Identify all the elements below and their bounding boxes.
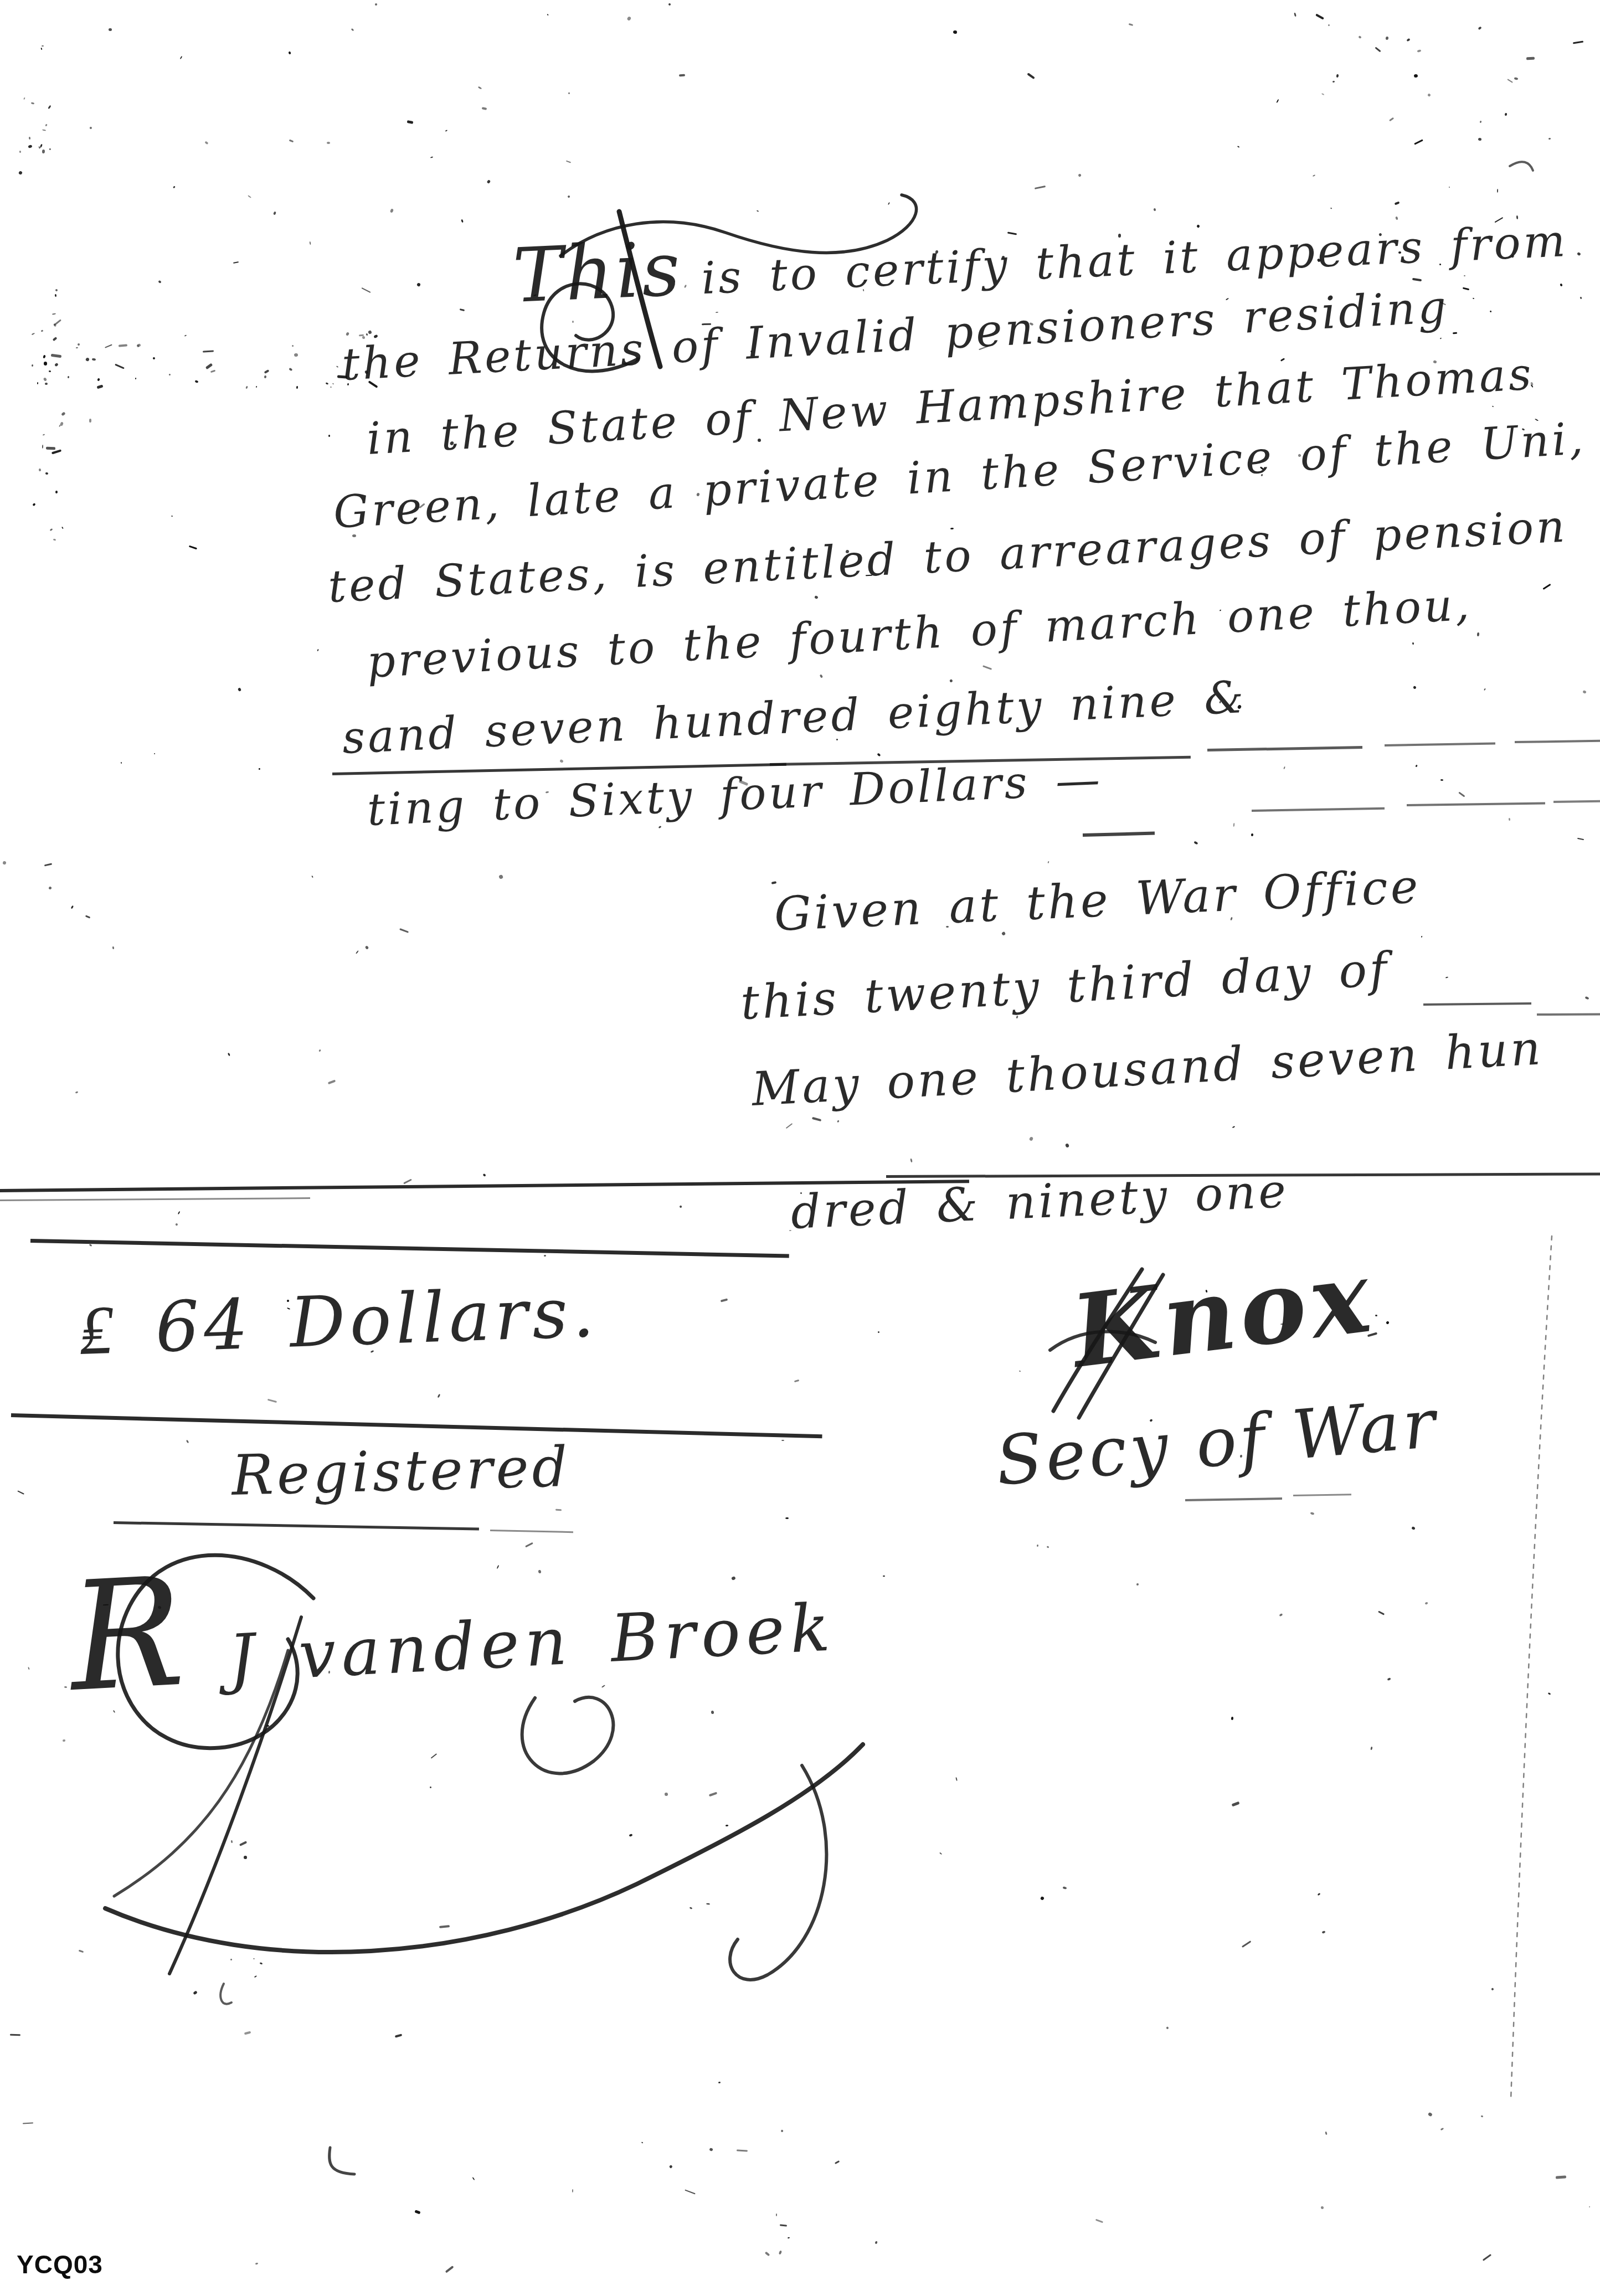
noise-speck [244,1856,247,1859]
noise-speck [1459,792,1465,797]
noise-speck [328,1080,336,1084]
noise-speck [641,2141,644,2144]
noise-speck [49,148,51,150]
noise-speck [1421,936,1422,938]
noise-speck [788,2237,790,2239]
noise-speck [1556,2175,1566,2179]
noise-speck [706,1903,710,1904]
noise-speck [568,92,570,95]
noise-speck [1547,1692,1551,1695]
noise-speck [317,649,320,652]
noise-speck [109,28,112,31]
noise-speck [77,343,80,347]
noise-speck [238,687,242,692]
noise-speck [1411,1526,1416,1530]
noise-speck [1478,26,1481,29]
noise-speck [1481,2115,1483,2117]
noise-speck [55,289,57,291]
ink-line [1553,800,1600,803]
noise-speck [1310,1512,1314,1515]
knox-title: Secy of War [993,1384,1442,1501]
noise-speck [572,321,574,323]
noise-speck [45,472,49,475]
noise-speck [46,446,55,450]
noise-speck [950,528,954,530]
noise-speck [264,369,270,374]
noise-speck [390,208,394,213]
noise-speck [438,1394,441,1398]
noise-speck [186,1440,189,1444]
noise-speck [42,129,46,131]
noise-speck [758,439,761,442]
archive-code-label: YCQ03 [17,2249,103,2279]
noise-speck [31,332,34,335]
noise-speck [296,386,298,389]
noise-speck [771,881,777,884]
noise-speck [568,195,571,198]
noise-speck [1318,1893,1321,1896]
noise-speck [498,874,503,879]
noise-speck [254,1975,258,1978]
noise-speck [862,289,864,291]
noise-speck [1573,41,1583,44]
noise-speck [1321,2206,1324,2209]
noise-speck [158,280,162,283]
noise-speck [1095,2219,1103,2223]
noise-speck [726,1825,729,1827]
registrar-underline-swoosh [105,1744,863,1952]
noise-speck [184,335,187,337]
noise-speck [289,368,293,371]
noise-speck [1280,358,1285,362]
noise-speck [43,377,47,382]
noise-speck [1040,1896,1045,1901]
noise-speck [51,353,62,357]
registrar-mid-loop [522,1697,614,1773]
noise-speck [256,385,258,388]
noise-speck [627,16,631,21]
noise-speck [119,344,128,347]
noise-speck [90,126,92,129]
noise-speck [64,1686,67,1688]
noise-speck [955,1777,958,1781]
ink-line [1407,802,1545,806]
noise-speck [1412,642,1414,645]
noise-speck [75,1091,78,1093]
noise-speck [310,241,311,245]
noise-speck [18,171,23,175]
noise-speck [1580,296,1582,298]
noise-speck [794,1379,800,1382]
noise-speck [939,1852,943,1855]
ink-line [1207,746,1362,751]
noise-speck [328,435,330,437]
noise-speck [1483,2254,1491,2261]
noise-speck [785,1517,789,1519]
noise-speck [1398,251,1401,254]
noise-speck [258,768,260,770]
noise-speck [430,156,434,158]
noise-speck [51,449,61,454]
noise-speck [1078,174,1082,177]
noise-speck [54,363,59,367]
noise-speck [1037,1545,1039,1547]
noise-speck [54,294,56,297]
noise-speck [1445,976,1448,978]
noise-speck [1065,1143,1069,1148]
registrar-end-tail [730,1765,826,1980]
noise-speck [97,378,100,382]
noise-speck [481,107,486,110]
noise-speck [37,382,38,384]
noise-speck [737,2150,748,2152]
noise-speck [395,2034,403,2037]
noise-speck [1542,584,1551,590]
noise-speck [17,1490,24,1495]
noise-speck [690,1907,693,1909]
noise-speck [1589,2206,1591,2207]
noise-speck [195,380,198,383]
noise-speck [1277,99,1279,103]
noise-speck [326,383,328,385]
noise-speck [210,370,215,373]
noise-speck [63,1739,65,1742]
noise-speck [1232,1126,1236,1129]
noise-speck [1491,1988,1494,1990]
noise-speck [1336,74,1339,78]
noise-speck [1560,283,1563,286]
noise-speck [1283,766,1285,770]
noise-speck [1233,823,1235,827]
ink-line [1385,743,1495,747]
noise-speck [1016,1016,1018,1019]
noise-speck [205,363,213,369]
noise-speck [486,179,490,183]
noise-speck [629,1834,633,1837]
noise-speck [445,2266,453,2273]
noise-speck [55,491,58,493]
noise-speck [835,2160,840,2164]
noise-speck [1526,57,1534,60]
noise-speck [416,282,420,286]
noise-speck [1414,139,1423,145]
noise-speck [1489,310,1492,313]
noise-speck [1548,137,1551,139]
noise-speck [39,469,42,472]
noise-speck [665,1793,668,1796]
noise-speck [228,1053,231,1057]
noise-speck [1508,79,1513,84]
noise-speck [820,674,823,678]
noise-speck [346,332,349,336]
noise-speck [115,363,124,369]
noise-speck [53,337,58,341]
noise-speck [1386,37,1389,40]
noise-speck [1279,1613,1283,1617]
noise-speck [559,759,564,763]
noise-speck [1378,1610,1385,1615]
noise-speck [48,886,52,890]
noise-speck [780,2225,787,2227]
noise-speck [472,2177,475,2180]
noise-speck [1035,186,1046,189]
noise-speck [1389,117,1394,121]
noise-speck [477,86,481,89]
noise-speck [253,1958,255,1959]
noise-speck [189,545,197,549]
noise-speck [888,202,890,205]
noise-speck [1359,35,1362,39]
noise-speck [1476,632,1479,636]
noise-speck [779,2250,782,2254]
noise-speck [780,2129,784,2133]
noise-speck [953,30,958,34]
noise-speck [1577,838,1584,841]
noise-speck [19,150,22,153]
noise-speck [883,1576,885,1577]
noise-speck [337,375,347,378]
noise-speck [42,150,45,153]
noise-speck [28,145,32,148]
ink-line [30,1239,789,1258]
registrar-signature: R J vanden Broek [65,1511,838,1726]
noise-speck [765,2252,770,2257]
noise-speck [1322,1931,1326,1934]
noise-speck [812,1117,822,1122]
noise-speck [318,1049,321,1052]
noise-speck [668,3,671,6]
noise-speck [96,385,103,389]
noise-speck [248,195,251,199]
document-page: This is to certify that it appears from … [0,0,1600,2296]
noise-speck [259,1962,263,1964]
noise-speck [1473,298,1475,300]
noise-speck [85,915,90,919]
noise-speck [1463,287,1470,290]
noise-speck [1118,234,1120,238]
noise-speck [483,1173,487,1177]
noise-speck [445,130,448,132]
noise-speck [52,313,56,315]
noise-speck [910,1159,912,1162]
issuance-line-1: Given at the War Office [773,859,1422,941]
noise-speck [1505,113,1508,116]
noise-speck [439,1925,450,1928]
noise-speck [44,362,47,365]
noise-speck [702,323,711,325]
noise-speck [356,950,359,954]
noise-speck [877,753,881,757]
noise-speck [1427,93,1431,97]
noise-speck [1440,779,1443,781]
ink-line [0,1197,310,1201]
noise-speck [291,345,294,347]
noise-speck [362,336,365,339]
noise-speck [1464,275,1465,276]
noise-speck [230,1840,232,1843]
noise-speck [1386,1321,1390,1325]
noise-speck [1294,13,1296,17]
noise-speck [76,347,78,348]
noise-speck [1387,1677,1391,1681]
noise-speck [1424,1602,1428,1605]
noise-speck [403,1178,411,1184]
noise-speck [1478,138,1481,141]
noise-speck [407,120,413,124]
noise-speck [1313,174,1316,177]
noise-speck [264,375,267,378]
noise-speck [330,387,332,388]
noise-speck [42,45,44,47]
noise-speck [785,1123,793,1129]
noise-speck [1333,81,1335,83]
noise-speck [103,1604,109,1605]
noise-speck [679,74,685,76]
noise-speck [1452,332,1457,334]
noise-speck [658,826,661,828]
noise-speck [1585,996,1589,1000]
noise-speck [1412,278,1422,282]
noise-speck [375,3,378,6]
registered-label: Registered [231,1434,572,1508]
noise-speck [1577,252,1581,256]
noise-speck [273,211,276,215]
issuance-line-2: this twenty third day of [739,942,1391,1030]
noise-speck [40,330,43,332]
amount-dollars: ₤ 64 Dollars. [78,1272,600,1371]
noise-speck [668,2165,672,2169]
noise-speck [1047,1546,1049,1548]
noise-speck [267,1399,277,1403]
noise-speck [982,665,992,670]
noise-speck [28,137,30,140]
page-crease-line [1511,1236,1552,2100]
noise-speck [68,375,70,378]
noise-speck [50,528,53,531]
noise-speck [366,333,368,336]
noise-speck [1582,690,1587,694]
noise-speck [230,1959,231,1960]
noise-speck [547,13,549,16]
noise-speck [193,1990,197,1995]
noise-speck [1129,23,1134,26]
noise-speck [180,56,183,59]
noise-speck [837,1120,840,1123]
noise-speck [1231,1717,1234,1720]
ink-line [1537,1013,1600,1016]
noise-speck [255,2263,259,2265]
noise-speck [431,1753,437,1758]
noise-speck [171,516,172,517]
noise-speck [239,1841,248,1846]
noise-speck [112,946,115,950]
noise-speck [28,1667,30,1670]
noise-speck [1325,2131,1328,2135]
noise-speck [204,141,208,145]
noise-speck [43,355,47,359]
noise-speck [1428,2112,1433,2116]
noise-speck [203,350,214,352]
body-line-7: sand seven hundred eighty nine & [341,671,1247,764]
noise-speck [23,97,25,100]
noise-speck [40,48,43,50]
noise-speck [1514,78,1518,80]
noise-speck [679,1205,682,1208]
noise-speck [2,861,6,864]
noise-speck [1413,686,1417,689]
noise-speck [45,383,48,385]
noise-speck [475,1469,479,1471]
noise-speck [1237,146,1240,148]
noise-speck [399,928,409,933]
noise-speck [362,287,371,293]
noise-speck [1232,1801,1240,1806]
noise-speck [79,1950,84,1953]
noise-speck [175,1223,178,1226]
noise-speck [289,139,294,142]
noise-speck [89,419,91,423]
stray-mark-top-right [1510,162,1533,171]
noise-speck [10,2034,20,2035]
noise-speck [31,102,35,104]
noise-speck [757,210,759,212]
noise-speck [711,1710,714,1713]
noise-speck [1136,1583,1139,1585]
noise-speck [244,2031,251,2035]
noise-speck [1315,14,1324,20]
noise-speck [135,378,137,380]
ink-line [1423,1002,1531,1006]
noise-speck [1413,74,1418,78]
noise-speck [153,753,155,754]
noise-speck [1063,1886,1067,1889]
ink-line [114,1521,479,1531]
noise-speck [1241,1940,1251,1948]
noise-speck [1440,2128,1444,2131]
noise-speck [781,1440,784,1441]
noise-speck [878,1331,879,1333]
ink-line [1185,1497,1282,1501]
noise-speck [1417,49,1422,53]
noise-speck [1370,1747,1372,1750]
noise-speck [709,2148,714,2151]
stray-mark-bottom-left [220,1984,231,2004]
ink-line [11,1413,822,1438]
noise-speck [61,527,64,529]
noise-speck [177,1211,180,1215]
noise-speck [1415,765,1418,768]
noise-speck [289,52,291,55]
noise-speck [949,679,953,683]
noise-speck [49,370,51,372]
noise-speck [368,330,372,334]
noise-speck [332,383,335,384]
noise-speck [53,539,56,541]
noise-speck [1479,120,1481,123]
noise-speck [153,357,156,359]
noise-speck [718,2081,721,2083]
noise-speck [709,1792,717,1797]
noise-speck [311,876,313,878]
noise-speck [23,2122,33,2124]
ink-line [1252,807,1385,812]
noise-speck [266,1725,269,1727]
noise-speck [1048,861,1050,863]
noise-speck [543,1255,546,1257]
stray-mark-bottom-center [330,2148,354,2174]
issuance-line-3: May one thousand seven hun [750,1021,1545,1116]
noise-speck [1492,406,1494,408]
